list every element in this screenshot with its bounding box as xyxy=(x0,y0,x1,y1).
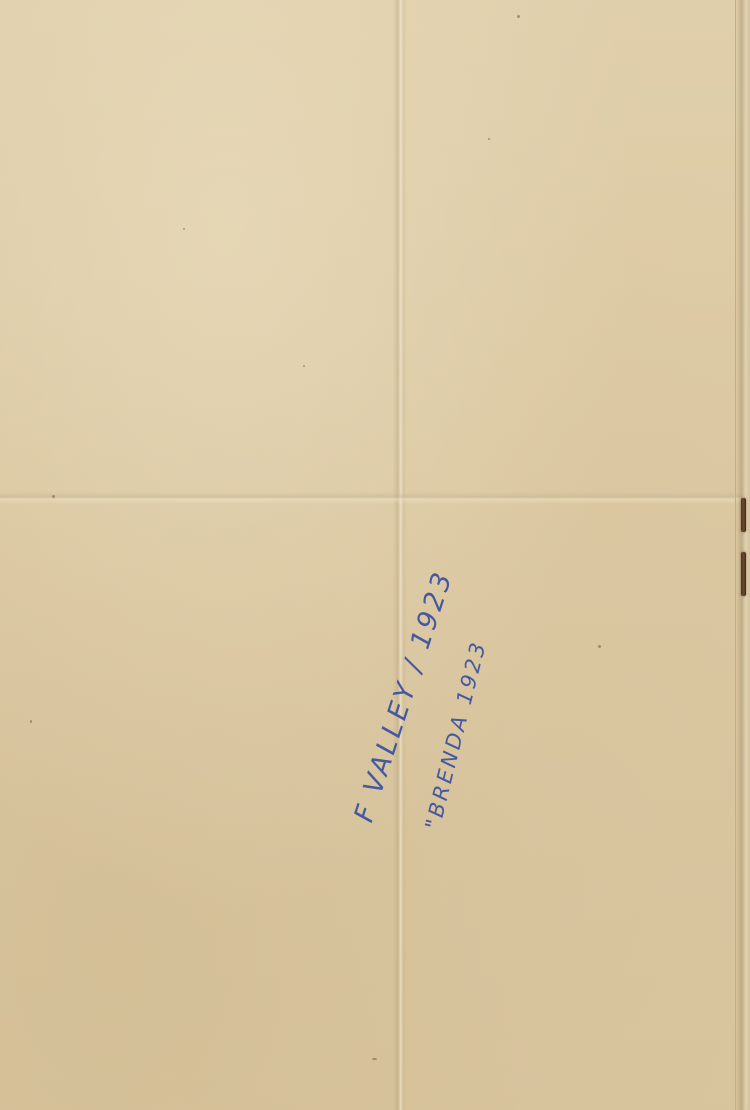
paper-speck xyxy=(30,720,32,723)
paper-speck xyxy=(183,228,185,230)
vertical-fold-crease xyxy=(393,0,407,1110)
paper-speck xyxy=(517,15,520,18)
horizontal-fold-crease xyxy=(0,492,750,504)
paper-speck xyxy=(598,645,601,648)
document-page: F VALLEY / 1923 "BRENDA 1923 xyxy=(0,0,750,1110)
staple-icon xyxy=(741,498,746,532)
paper-speck xyxy=(372,1058,377,1060)
paper-speck xyxy=(488,138,490,140)
handwritten-inscription-line-2: "BRENDA 1923 xyxy=(421,638,491,832)
paper-speck xyxy=(52,495,55,498)
staple-icon xyxy=(741,552,746,596)
paper-speck xyxy=(303,365,305,367)
